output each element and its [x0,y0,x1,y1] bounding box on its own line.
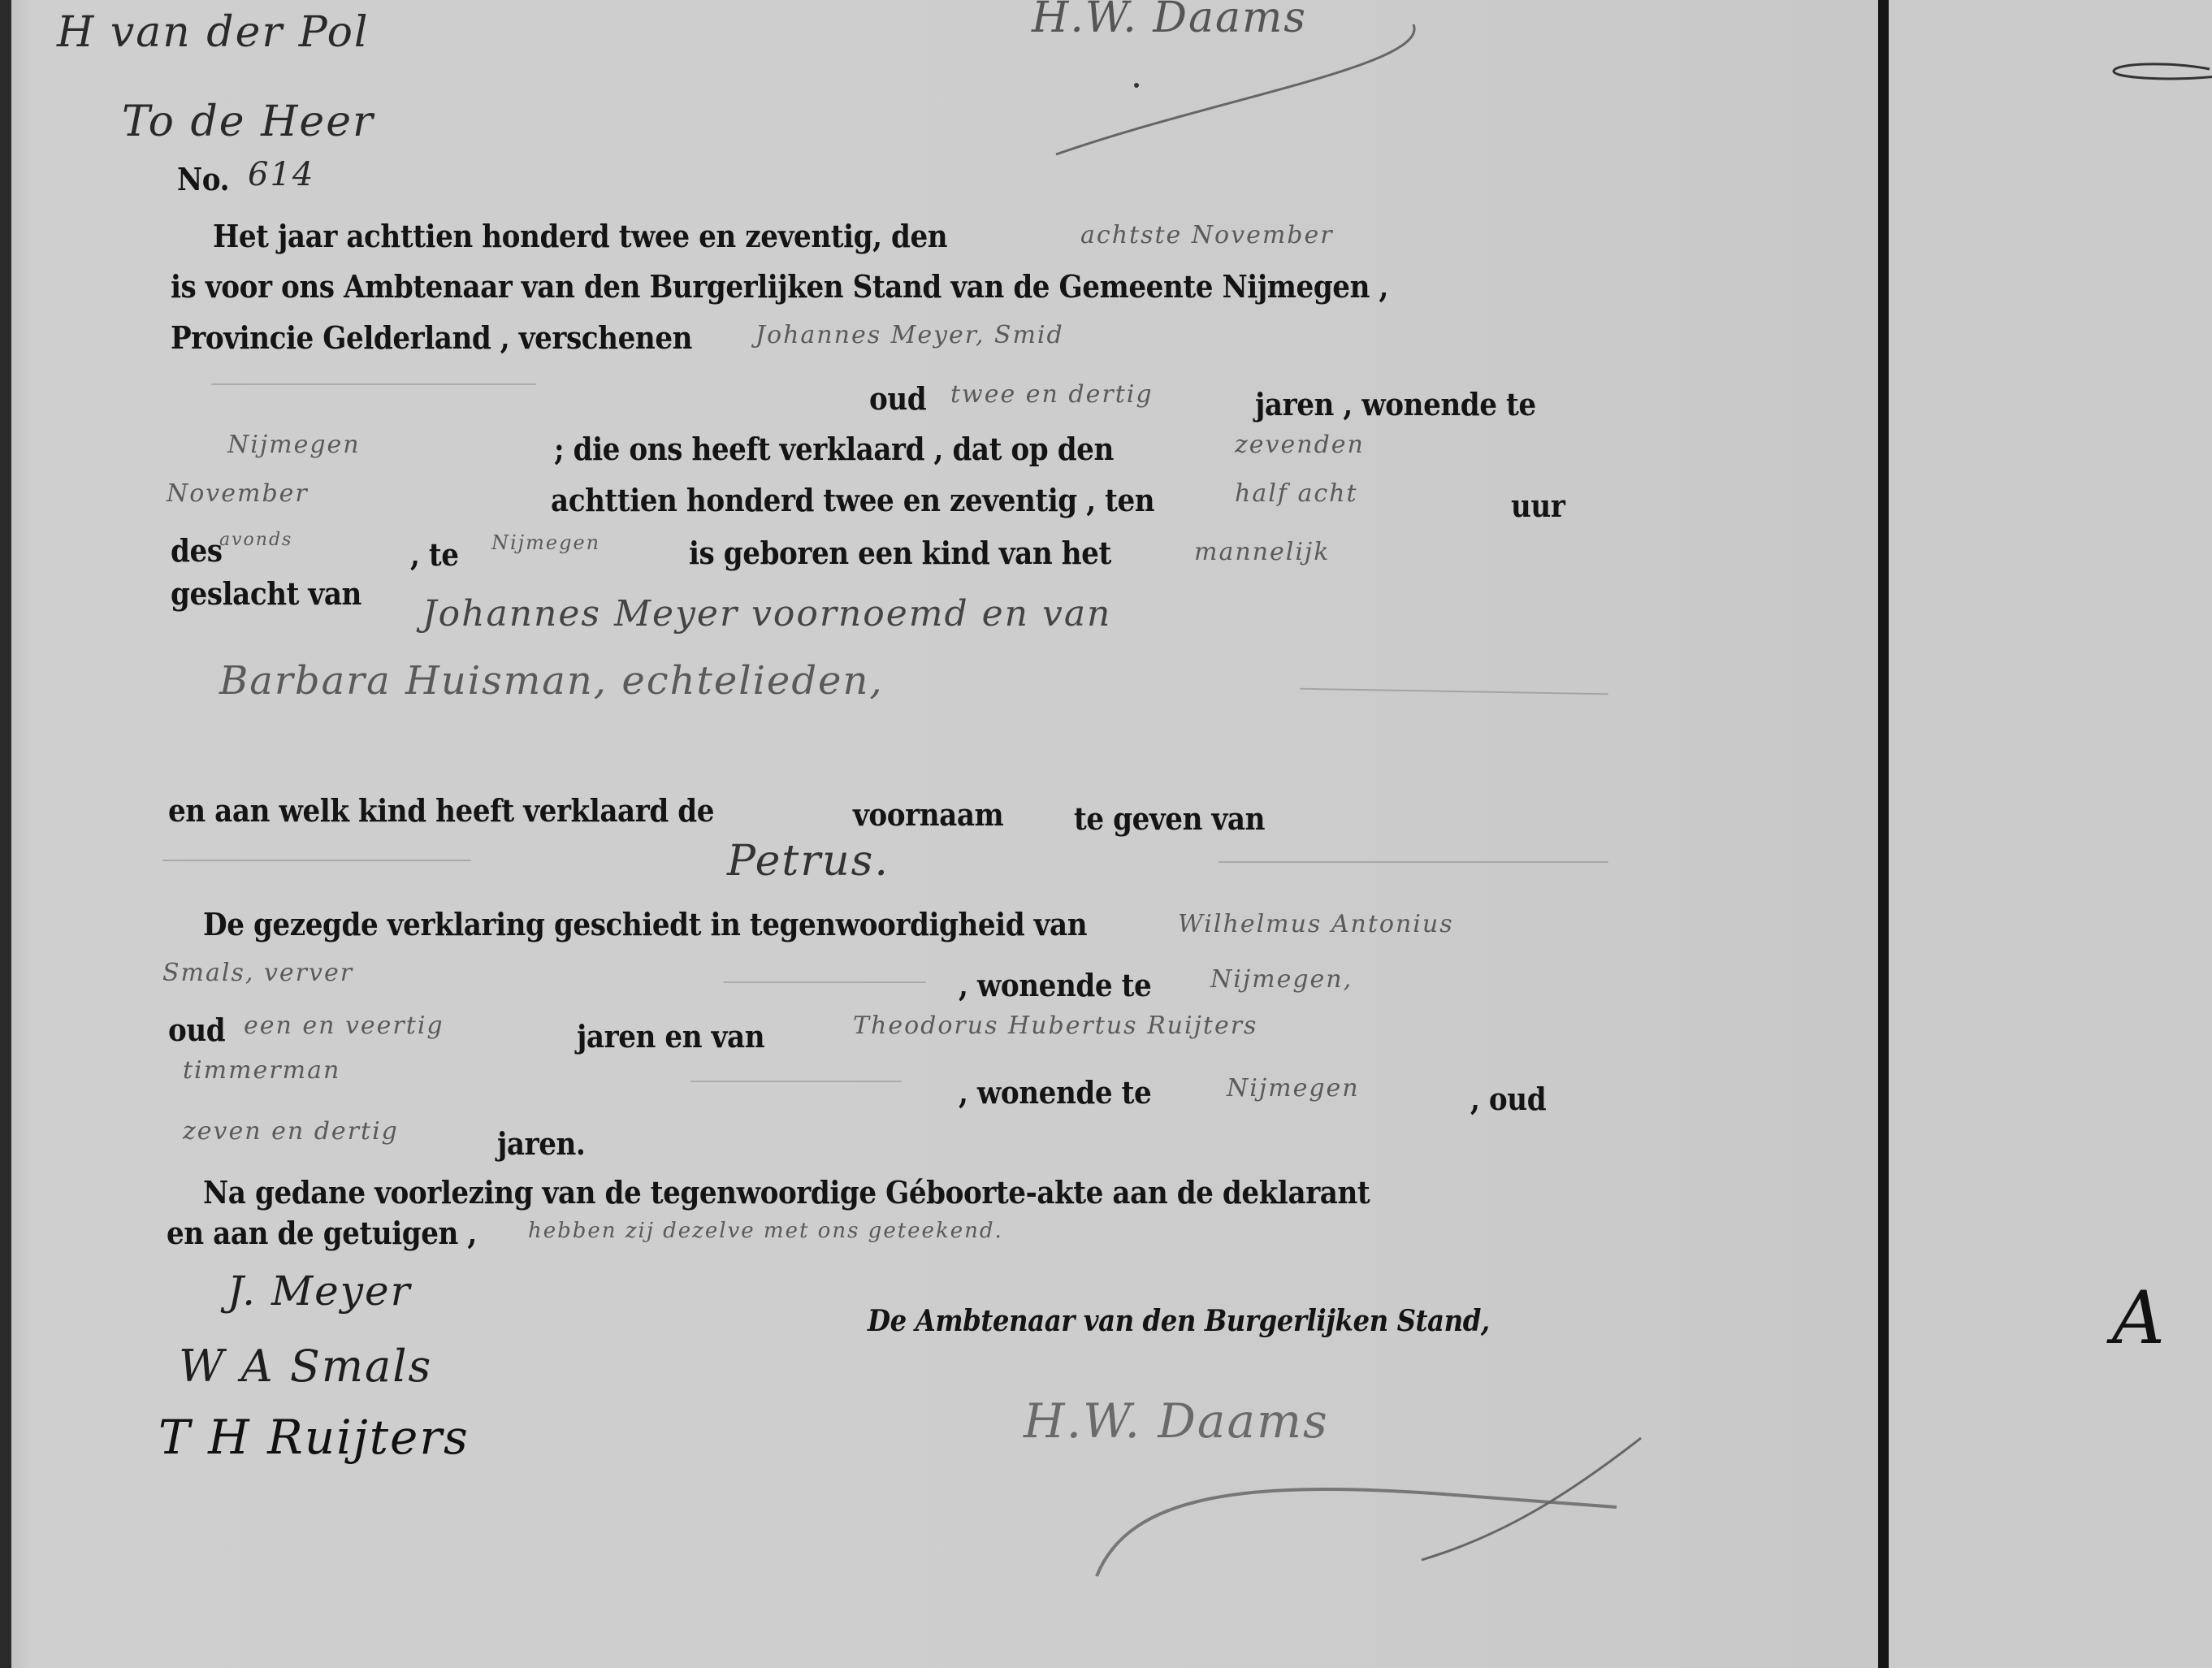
line-16-printed: jaren. [497,1125,585,1162]
line-6-printed-b: uur [1511,487,1565,524]
declarant-name: Johannes Meyer, Smid [755,321,1064,349]
line-10-printed-a: en aan welk kind heeft verklaard de [168,792,714,829]
binding-edge [0,0,11,1668]
signing-statement: hebben zij dezelve met ons geteekend. [528,1219,1003,1243]
fill-line [162,860,471,861]
witness-2-occupation: timmerman [183,1056,340,1085]
line-18-printed: en aan de getuigen , [167,1215,477,1251]
signature-declarant: J. Meyer [227,1267,411,1315]
witness-1-surname-occupation: Smals, verver [162,959,353,987]
ink-dot [1134,83,1139,88]
act-number: 614 [248,156,314,193]
right-page-flourish [2104,49,2212,97]
margin-name-1: H van der Pol [57,8,370,57]
witness-2-age: zeven en dertig [183,1117,399,1146]
line-3-printed: Provincie Gelderland , verschenen [171,319,692,356]
birth-hour: half acht [1235,479,1358,508]
signature-witness-1: W A Smals [179,1341,432,1392]
right-page [1889,0,2212,1668]
line-6-printed-a: achttien honderd twee en zeventig , ten [551,482,1154,518]
right-page-fragment: A [2112,1276,2167,1361]
line-5-printed: ; die ons heeft verklaard , dat op den [554,431,1114,467]
line-15-printed-b: , oud [1470,1081,1546,1117]
line-13-printed: , wonende te [959,967,1151,1003]
act-number-label: No. [177,161,229,197]
child-sex: mannelijk [1194,538,1330,566]
witness-1-residence: Nijmegen, [1210,965,1353,994]
father-name: Johannes Meyer voornoemd en van [422,593,1111,635]
declarant-age: twee en dertig [950,380,1154,409]
page-divider [1878,0,1889,1668]
signature-witness-2: T H Ruijters [158,1410,470,1465]
signature-flourish [975,16,1422,154]
witness-1-age: een en veertig [244,1012,444,1040]
line-10-printed-b: voornaam [853,796,1003,833]
witness-1-first-names: Wilhelmus Antonius [1178,910,1454,938]
fill-line [1219,861,1608,863]
line-1-printed: Het jaar achttien honderd twee en zevent… [213,218,947,254]
line-14-printed-a: oud [168,1012,225,1048]
birth-time-of-day: avonds [219,530,292,550]
declarant-residence: Nijmegen [227,431,361,459]
line-10-printed-c: te geven van [1074,800,1265,837]
line-7-printed-a: des [171,532,223,569]
mother-name: Barbara Huisman, echtelieden, [219,658,884,704]
line-4-printed-a: oud [869,380,926,417]
birth-month: November [167,479,309,508]
witness-2-residence: Nijmegen [1227,1074,1360,1103]
birth-day: zevenden [1235,431,1365,459]
official-flourish [1080,1430,1649,1592]
line-14-printed-b: jaren en van [577,1018,764,1055]
child-first-name: Petrus. [727,837,890,886]
official-label: De Ambtenaar van den Burgerlijken Stand, [868,1304,1490,1338]
birth-place: Nijmegen [491,531,600,554]
fill-line [690,1081,902,1082]
line-17-printed: Na gedane voorlezing van de tegenwoordig… [203,1174,1370,1211]
fill-line [723,981,926,983]
line-2-printed: is voor ons Ambtenaar van den Burgerlijk… [171,268,1388,305]
line-15-printed-a: , wonende te [959,1074,1151,1111]
witness-2-name: Theodorus Hubertus Ruijters [853,1012,1258,1040]
line-7-printed-c: is geboren een kind van het [689,535,1111,571]
fill-line [211,383,536,385]
birth-registration-date: achtste November [1080,221,1334,249]
line-8-printed: geslacht van [171,575,361,612]
line-4-printed-b: jaren , wonende te [1255,386,1536,422]
line-12-printed: De gezegde verklaring geschiedt in tegen… [203,906,1087,942]
line-7-printed-b: , te [410,536,459,573]
margin-name-2: To de Heer [122,97,374,146]
